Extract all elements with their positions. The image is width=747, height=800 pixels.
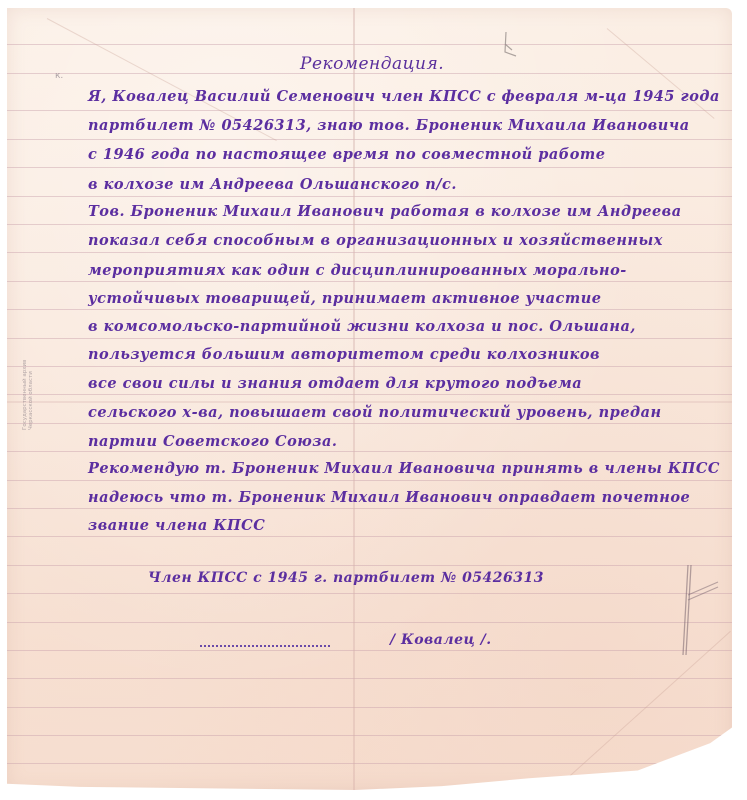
ruled-line	[7, 451, 732, 452]
horizontal-fold-crease	[7, 401, 732, 403]
body-line: надеюсь что т. Броненик Михаил Иванович …	[88, 489, 690, 506]
ruled-line	[7, 196, 732, 197]
ruled-line	[7, 707, 732, 708]
body-line: Рекомендую т. Броненик Михаил Ивановича …	[88, 460, 720, 477]
ruled-line	[7, 622, 732, 623]
body-line: звание члена КПСС	[88, 517, 265, 534]
body-line: с 1946 года по настоящее время по совмес…	[88, 146, 606, 163]
body-line: мероприятиях как один с дисциплинированн…	[88, 262, 627, 279]
body-line: партии Советского Союза.	[88, 433, 337, 450]
body-line: пользуется большим авторитетом среди кол…	[88, 346, 600, 363]
ruled-line	[7, 423, 732, 424]
document-title: Рекомендация.	[300, 54, 444, 74]
margin-mark: к.	[55, 71, 63, 81]
ruled-line	[7, 252, 732, 253]
ruled-line	[7, 281, 732, 282]
body-line: устойчивых товарищей, принимает активное…	[88, 290, 602, 307]
ruled-line	[7, 678, 732, 679]
ruled-line	[7, 309, 732, 310]
ruled-line	[7, 650, 732, 651]
signature-dotted-line	[200, 645, 330, 647]
body-line: в колхозе им Андреева Ольшанского п/с.	[88, 176, 457, 193]
pencil-mark-icon	[680, 560, 720, 665]
body-line: в комсомольско-партийной жизни колхоза и…	[88, 318, 636, 335]
ruled-line	[7, 139, 732, 140]
ruled-line	[7, 735, 732, 736]
pencil-mark-icon	[500, 30, 522, 60]
ruled-line	[7, 593, 732, 594]
ruled-line	[7, 480, 732, 481]
ruled-line	[7, 44, 732, 45]
body-line: Я, Ковалец Василий Семенович член КПСС с…	[88, 88, 720, 105]
body-line: партбилет № 05426313, знаю тов. Броненик…	[88, 117, 690, 134]
ruled-line	[7, 110, 732, 111]
ruled-line	[7, 366, 732, 367]
ruled-line	[7, 224, 732, 225]
body-line: сельского х-ва, повышает свой политическ…	[88, 404, 662, 421]
body-line: показал себя способным в организационных…	[88, 232, 663, 249]
body-line: Тов. Броненик Михаил Иванович работая в …	[88, 203, 682, 220]
ruled-line	[7, 167, 732, 168]
ruled-line	[7, 394, 732, 395]
ruled-line	[7, 338, 732, 339]
signature-name: / Ковалец /.	[390, 632, 492, 648]
archive-stamp: Государственный архив Черкасской области	[22, 352, 40, 430]
membership-line: Член КПСС с 1945 г. партбилет № 05426313	[148, 570, 544, 586]
ruled-line	[7, 536, 732, 537]
ruled-line	[7, 508, 732, 509]
body-line: все свои силы и знания отдает для крутог…	[88, 375, 582, 392]
ruled-line	[7, 565, 732, 566]
ruled-line	[7, 763, 732, 764]
